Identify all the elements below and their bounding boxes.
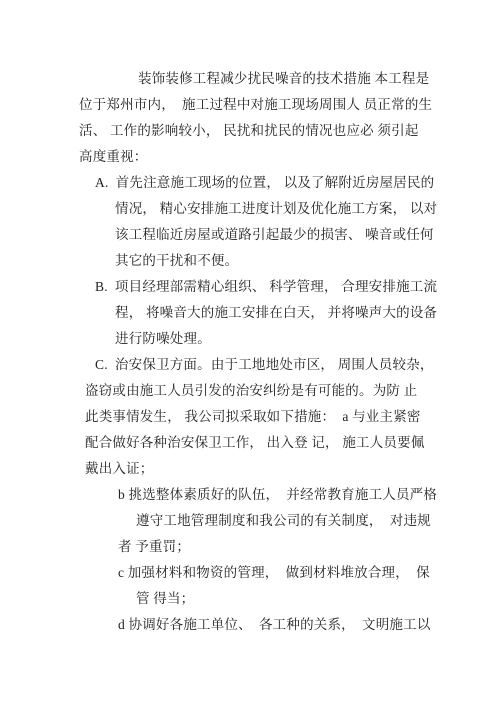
sub-item-b-line: 遵守工地管理制度和我公司的有关制度， 对违规 (79, 508, 430, 534)
list-item-A-line: A. 首先注意施工现场的位置， 以及了解附近房屋居民的 (79, 170, 430, 196)
list-item-C-line: 此类事情发生， 我公司拟采取如下措施： a 与业主紧密 (79, 404, 430, 430)
list-item-C-line: 配合做好各种治安保卫工作， 出入登 记， 施工人员要佩 (79, 430, 430, 456)
list-item-B-line: 进行防噪处理。 (79, 326, 430, 352)
document-page: 装饰装修工程减少扰民噪音的技术措施 本工程是 位于郑州市内， 施工过程中对施工现… (0, 0, 500, 708)
sub-item-d-line: d 协调好各施工单位、 各工种的关系， 文明施工以 (79, 612, 430, 638)
sub-item-c-line: c 加强材料和物资的管理， 做到材料堆放合理， 保 (79, 560, 430, 586)
sub-item-c-line: 管 得当； (79, 586, 430, 612)
list-item-A-line: 情况， 精心安排施工进度计划及优化施工方案， 以对 (79, 196, 430, 222)
paragraph-line: 位于郑州市内， 施工过程中对施工现场周围人 员正常的生 (79, 92, 430, 118)
list-item-A-line: 其它的干扰和不便。 (79, 248, 430, 274)
list-item-A-line: 该工程临近房屋或道路引起最少的损害、 噪音或任何 (79, 222, 430, 248)
sub-item-b-line: 者 予重罚； (79, 534, 430, 560)
list-item-C-line: 戴出入证； (79, 456, 430, 482)
paragraph-line: 活、 工作的影响较小， 民扰和扰民的情况也应必 须引起 (79, 118, 430, 144)
list-item-B-line: B. 项目经理部需精心组织、 科学管理， 合理安排施工流 (79, 274, 430, 300)
list-item-C-line: C. 治安保卫方面。由于工地地处市区， 周围人员较杂， (79, 352, 430, 378)
sub-item-b-line: b 挑选整体素质好的队伍， 并经常教育施工人员严格 (79, 482, 430, 508)
list-item-B-line: 程， 将噪音大的施工安排在白天， 并将噪声大的设备 (79, 300, 430, 326)
paragraph-line: 高度重视： (79, 144, 430, 170)
document-title-line: 装饰装修工程减少扰民噪音的技术措施 本工程是 (79, 66, 430, 92)
list-item-C-line: 盗窃或由施工人员引发的治安纠纷是有可能的。为防 止 (79, 378, 430, 404)
